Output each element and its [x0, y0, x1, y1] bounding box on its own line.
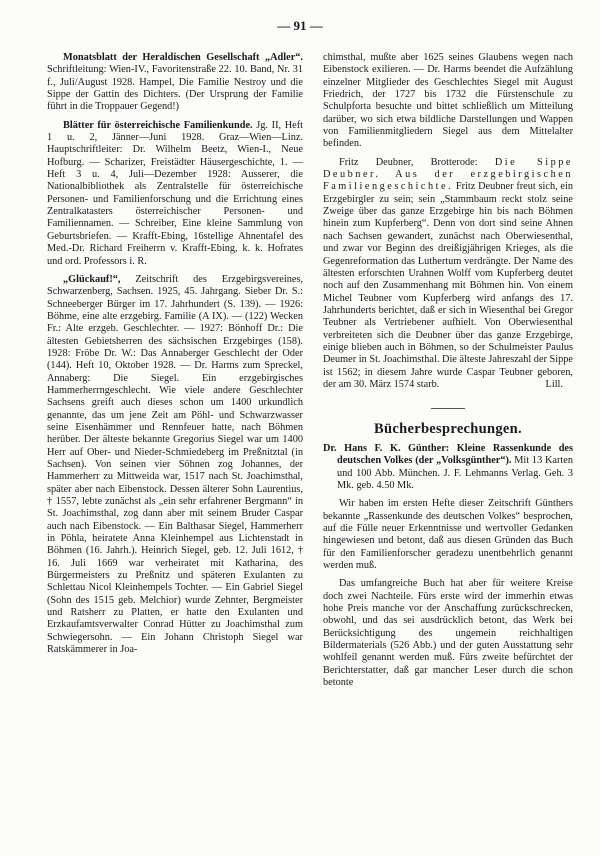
section-heading: Bücherbesprechungen. — [323, 423, 573, 435]
entry-glueckauf: „Glückauf!“, Zeitschrift des Erzgebirgsv… — [47, 274, 303, 657]
entry-body: Zeitschrift des Erzgebirgsvereines, Schw… — [47, 274, 303, 655]
page-number: — 91 — — [0, 18, 600, 34]
review-paragraph: Wir haben im ersten Hefte dieser Zeitsch… — [323, 498, 573, 572]
entry-blaetter: Blätter für österreichische Familienkund… — [47, 120, 303, 268]
entry-title: Fritz Deubner, Brotterode: — [339, 157, 478, 168]
section-divider — [431, 408, 465, 409]
entry-body: Fritz Deubner freut sich, ein Erzgebirgl… — [323, 181, 573, 390]
entry-body: Jg. II, Heft 1 u. 2, Jänner—Juni 1928. G… — [47, 120, 303, 267]
continuation-text: chimsthal, mußte aber 1625 seines Glaube… — [323, 52, 573, 151]
entry-body: Schriftleitung: Wien-IV., Favoritenstraß… — [47, 64, 303, 112]
book-entry: Dr. Hans F. K. Günther: Kleine Rassenkun… — [323, 443, 573, 492]
entry-title: „Glückauf!“, — [63, 274, 121, 285]
review-paragraph: Das umfangreiche Buch hat aber für weite… — [323, 578, 573, 689]
entry-adler: Monatsblatt der Heraldischen Gesellschaf… — [47, 52, 303, 114]
left-column: Monatsblatt der Heraldischen Gesellschaf… — [47, 52, 303, 657]
right-column: chimsthal, mußte aber 1625 seines Glaube… — [323, 52, 573, 690]
entry-title: Blätter für österreichische Familienkund… — [63, 120, 253, 131]
entry-title: Monatsblatt der Heraldischen Gesellschaf… — [63, 52, 303, 63]
entry-deubner: Fritz Deubner, Brotterode: Die Sippe Deu… — [323, 157, 573, 392]
